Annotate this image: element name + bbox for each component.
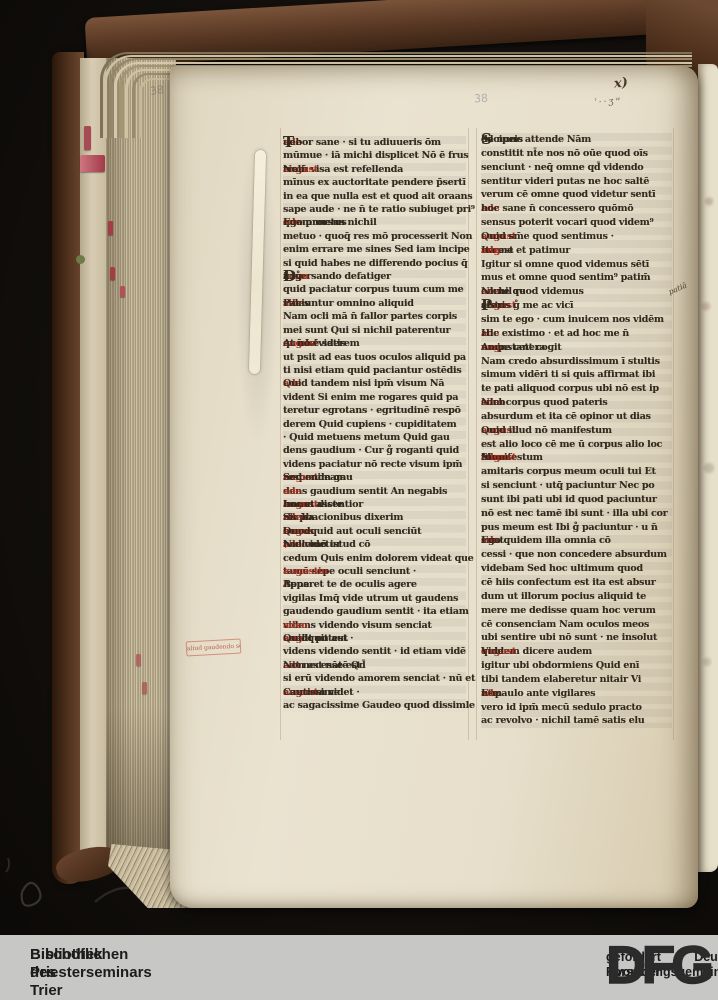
manuscript-text: absurdum et ita cē opinor ut dias: [481, 410, 651, 424]
manuscript-line: nō est nec tamē ibi sunt · illa ubi cor: [481, 507, 672, 521]
manuscript-text: hoc sane n̄ concessero quōmō: [481, 202, 633, 216]
manuscript-line: nonne et patimur ade Ita est aug: [481, 244, 672, 258]
manuscript-line: sape aude · ne n̄ te ratio subiuget pri⁹: [283, 203, 466, 216]
manuscript-text: ic g̊: [283, 270, 301, 283]
manuscript-line: vides ade Paciuntur omnino aliquid: [283, 297, 466, 310]
manuscript-text: Nich: [481, 396, 505, 410]
manuscript-line: mūmue · iā michi displicet Nō ē frus: [283, 149, 466, 162]
manuscript-text: dum ut illorum pocius aliquid te: [481, 590, 646, 604]
manuscript-text: mīnus ex auctoritate pendere p̄sertī: [283, 176, 466, 189]
bookmark-tab: [84, 126, 91, 150]
manuscript-text: cessi · que non concedere absurdum: [481, 548, 667, 562]
manuscript-text: te pati aliquod corpus ubi nō est ip: [481, 382, 659, 396]
manuscript-line: adversando defatiger augu Dic g̊: [283, 270, 466, 283]
bookmark-tab: [142, 682, 147, 694]
ruling-line: [468, 128, 469, 740]
manuscript-line: mīnus ex auctoritate pendere p̄sertī: [283, 176, 466, 189]
manuscript-text: Quid illud nō manifestum: [481, 424, 612, 438]
manuscript-text: si senciunt · utq̄ paciuntur Nec po: [481, 479, 654, 493]
manuscript-text: quid paciatur corpus tuum cum me: [283, 283, 463, 296]
bookmark-tab: [136, 654, 141, 666]
manuscript-line: sensus poterit vocari quod videm⁹: [481, 216, 672, 230]
manuscript-line: ubi sentire ubi nō sunt · ne insolut: [481, 631, 672, 645]
manuscript-line: quō te viderem august At nō ē satis: [283, 337, 466, 350]
manuscript-text: sim te ego · cum inuicem nos vidēm: [481, 313, 664, 327]
bookmark-tab: [110, 267, 115, 280]
manuscript-text: enim errare me sines Sed iam incipe: [283, 243, 469, 256]
manuscript-line: videns videndo sentit · id etiam vidē: [283, 645, 466, 658]
manuscript-line: tibi tandem elaberetur nitair Vi: [481, 673, 672, 687]
manuscript-line: quid paciatur corpus tuum cum me: [283, 283, 466, 296]
manuscript-line: Immo assentior august hoc et dicte: [283, 498, 466, 511]
manuscript-line: verum cē omne quod videtur sentī: [481, 188, 672, 202]
manuscript-line: Igitur si omne quod videmus sētī: [481, 258, 672, 272]
manuscript-text: · Quid metuens metum Quid gau: [283, 431, 450, 444]
manuscript-text: vero id ipm̄ mecū sedulo practo: [481, 701, 642, 715]
manuscript-text: cedum Quis enim dolorem videat que: [283, 552, 473, 565]
manuscript-text: sunt ibi pati ubi id quod paciuntur: [481, 493, 657, 507]
manuscript-line: sim te ego · cum inuicem nos vidēm: [481, 313, 672, 327]
manuscript-line: ut paulo ante vigilares ade E-m: [481, 687, 672, 701]
manuscript-line: quidem dicere audem august Vide: [481, 645, 672, 659]
bookmark-tab: [108, 221, 113, 235]
manuscript-line: † hoc videtur adeo Nullomō istud cō: [283, 538, 466, 551]
manuscript-line: tra n̄ visa est refellenda august Noli: [283, 163, 466, 176]
manuscript-text: Nullomō istud cō: [283, 538, 370, 551]
manuscript-line: amitaris corpus meum oculi tui Et: [481, 465, 672, 479]
manuscript-line: si senciunt · utq̄ paciuntur Nec po: [481, 479, 672, 493]
manuscript-text: Quid sm̄e quod sentimus ·: [481, 230, 614, 244]
manuscript-text: sentitur videri putas ne hoc saltē: [481, 175, 649, 189]
manuscript-line: ade hoc sane n̄ concessero quōmō: [481, 202, 672, 216]
manuscript-text: constitit nt̄e nos nō oūe quod oīs: [481, 147, 648, 161]
facing-page-edge: [698, 64, 718, 872]
manuscript-line: metuo · quoq̄ res mō processerit Non: [283, 230, 466, 243]
manuscript-text: At nō ē satis: [283, 337, 345, 350]
manuscript-text: Quidquit aut: [283, 632, 348, 645]
manuscript-text: gaudendo gaudium sentit · ita etiam: [283, 605, 469, 618]
manuscript-line: videns videndo visum senciat adeo: [283, 619, 466, 632]
manuscript-text: mere me dedisse quam hoc verum: [481, 604, 656, 618]
manuscript-line: vigilas Imq̄ vide utrum ut gaudens: [283, 592, 466, 605]
marginal-note-red-box: aliud gaudendo se: [186, 639, 242, 657]
bookmark-tab: [80, 155, 105, 172]
manuscript-line: cessi · que non concedere absurdum: [481, 548, 672, 562]
manuscript-line: Nam ocli mā n̄ fallor partes corpis: [283, 310, 466, 323]
manuscript-text: teretur egrotans · egritudinē respō: [283, 404, 461, 417]
manuscript-text: ac sagacissime Gaudeo quod dissimle: [283, 699, 475, 712]
ruling-line: [476, 128, 477, 740]
manuscript-line: ade Hic existimo · et ad hoc me n̄: [481, 327, 672, 341]
manuscript-line: tamē sepe oculi senciunt · augustin: [283, 565, 466, 578]
manuscript-text: Bene: [283, 578, 309, 591]
manuscript-line: est alio loco cē me ū corpus alio loc: [481, 438, 672, 452]
manuscript-line: quam metus ade Ego prorsus nichil: [283, 216, 466, 229]
rubric-text: aug: [481, 244, 500, 258]
ruling-line: [280, 128, 281, 740]
manuscript-line: beo augus Quodquid aut oculi senciūt: [283, 525, 466, 538]
footer-bar: Bibliothek des Bischöflichen Priestersem…: [0, 935, 718, 1000]
manuscript-text: dens gaudium sentit An negabis: [283, 485, 447, 498]
rubric-text: augustin: [283, 565, 328, 578]
manuscript-line: dens gaudium · Cur g̊ roganti quid: [283, 444, 466, 457]
manuscript-line: ac sagacissime Gaudeo quod dissimle: [283, 699, 466, 712]
manuscript-text: simum vidēri ti si quis affirmat ibi: [481, 368, 655, 382]
text-column-right: decipeis Sed nunc attende Nāmconstitit n…: [481, 133, 672, 728]
manuscript-text: Ampe cetera: [481, 341, 545, 355]
manuscript-text: mūmue · iā michi displicet Nō ē frus: [283, 149, 468, 162]
manuscript-text: cē hiis confectum est ita est absur: [481, 576, 656, 590]
manuscript-line: · Quid metuens metum Quid gau: [283, 431, 466, 444]
manuscript-line: mei sunt Qui si nichil paterentur: [283, 324, 466, 337]
manuscript-line: ac revolvo · nichil tamē satis elu: [481, 714, 672, 728]
manuscript-text: nō est nec tamē ibi sunt · illa ubi cor: [481, 507, 667, 521]
manuscript-line: Nam credo absurdissimum ī stultis: [481, 355, 672, 369]
manuscript-text: ti nisi etiam quid paciantur ostēdis: [283, 364, 461, 377]
manuscript-line: tuum ade Manifestum august Si: [481, 451, 672, 465]
folio-number-pencil: 38: [149, 83, 165, 98]
rubric-text: adeo: [283, 619, 307, 632]
manuscript-text: Vide: [481, 645, 504, 659]
manuscript-text: ed nunc attende Nām: [481, 133, 591, 147]
ruling-line: [673, 128, 674, 740]
manuscript-text: ut psit ad eas tuos oculos aliquid pa: [283, 351, 466, 364]
manuscript-line: dens gaudium sentit An negabis ade: [283, 485, 466, 498]
manuscript-text: Nam ocli mā n̄ fallor partes corpis: [283, 310, 457, 323]
manuscript-line: simum vidēri ti si quis affirmat ibi: [481, 368, 672, 382]
manuscript-text: senciunt · neq̄ omne qd̄ videndo: [481, 161, 643, 175]
manuscript-line: ut psit ad eas tuos oculos aliquid pa: [283, 351, 466, 364]
manuscript-text: Non est nātē Qd̄: [283, 659, 365, 672]
manuscript-text: E-m: [481, 687, 502, 701]
manuscript-text: hoc et dicte: [283, 498, 343, 511]
manuscript-line: mus et omne quod sentim⁹ patim̄: [481, 271, 672, 285]
manuscript-text: tibi tandem elaberetur nitair Vi: [481, 673, 641, 687]
manuscript-text: Sic ha: [283, 511, 314, 524]
manuscript-line: analit potest · aug Quidquit aut: [283, 632, 466, 645]
manuscript-text: metuo · quoq̄ res mō processerit Non: [283, 230, 472, 243]
manuscript-text: videbam Sed hoc ultimum quod: [481, 562, 643, 576]
manuscript-line: Apparet te de oculis agere ∴ Bene: [283, 578, 466, 591]
manuscript-text: sensus poterit vocari quod videm⁹: [481, 216, 653, 230]
manuscript-text: in ea que nulla est et quod ait oraans: [283, 190, 472, 203]
manuscript-line: sum corpus quod pateris adeo Nich: [481, 396, 672, 410]
manuscript-line: teretur egrotans · egritudinē respō: [283, 404, 466, 417]
manuscript-text: Ego quidem illa omnia cō: [481, 534, 611, 548]
manuscript-line: enim errare me sines Sed iam incipe: [283, 243, 466, 256]
rubric-text: ade: [283, 485, 301, 498]
manuscript-line: ade Tuebor sane · si tu adiuueris ōm: [283, 136, 466, 149]
manuscript-line: decipeis Sed nunc attende Nām: [481, 133, 672, 147]
manuscript-line: sentitur videri putas ne hoc saltē: [481, 175, 672, 189]
manuscript-text: videns videndo sentit · id etiam vidē: [283, 645, 466, 658]
manuscript-text: Igitur si omne quod videmus sētī: [481, 258, 649, 272]
manuscript-text: Cautissime: [283, 686, 340, 699]
corner-ink-mark: x): [613, 75, 628, 91]
manuscript-text: pus meum est Ibi g̊ paciuntur · u n̄: [481, 521, 658, 535]
manuscript-text: Quid tandem nisi ipm̄ visum Nā: [283, 377, 444, 390]
manuscript-text: mei sunt Qui si nichil paterentur: [283, 324, 450, 337]
manuscript-text: Quodquid aut oculi senciūt: [283, 525, 421, 538]
manuscript-line: respondeam · august Sed enim gau: [283, 471, 466, 484]
manuscript-line: dum ut illorum pocius aliquid te: [481, 590, 672, 604]
manuscript-text: dens gaudium · Cur g̊ roganti quid: [283, 444, 459, 457]
manuscript-text: Noli: [283, 163, 304, 176]
manuscript-text: Hic existimo · et ad hoc me n̄: [481, 327, 629, 341]
manuscript-line: videbam Sed hoc ultimum quod: [481, 562, 672, 576]
manuscript-line: vero id ipm̄ mecū sedulo practo: [481, 701, 672, 715]
manuscript-text: sape aude · ne n̄ te ratio subiuget pri⁹: [283, 203, 475, 216]
manuscript-line: sunt ibi pati ubi id quod paciuntur: [481, 493, 672, 507]
manuscript-text: si erū videndo amorem senciat · nū et: [283, 672, 475, 685]
manuscript-text: ubi sentire ubi nō sunt · ne insolut: [481, 631, 657, 645]
manuscript-text: videns paciatur nō recte visum ipm̄: [283, 458, 462, 471]
manuscript-text: derem Quid cupiens · cupiditatem: [283, 418, 456, 431]
manuscript-line: omne quod videmus ade Nichil re: [481, 285, 672, 299]
manuscript-line: cē hiis confectum est ita est absur: [481, 576, 672, 590]
manuscript-line: te pati aliquod corpus ubi nō est ip: [481, 382, 672, 396]
manuscript-line: cē consenciam Nam oculos meos: [481, 618, 672, 632]
manuscript-line: in ea que nulla est et quod ait oraans: [283, 190, 466, 203]
manuscript-line: ade Quid tandem nisi ipm̄ visum Nā: [283, 377, 466, 390]
manuscript-text: Nam credo absurdissimum ī stultis: [481, 355, 660, 369]
folio-number-showthrough: 38: [474, 92, 489, 106]
manuscript-text: igitur ubi obdormiens Quid enī: [481, 659, 639, 673]
manuscript-line: aut necesse est ade Non est nātē Qd̄: [283, 659, 466, 672]
manuscript-line: august Quid illud nō manifestum: [481, 424, 672, 438]
manuscript-text: si quid habes ne differendo pocius q̄: [283, 257, 467, 270]
manuscript-line: senciunt · neq̄ omne qd̄ videndo: [481, 161, 672, 175]
manuscript-line: mere me dedisse quam hoc verum: [481, 604, 672, 618]
manuscript-line: vident Si enim me rogares quid pa: [283, 391, 466, 404]
manuscript-text: mus et omne quod sentim⁹ patim̄: [481, 271, 650, 285]
manuscript-line: cedum Quis enim dolorem videat que: [283, 552, 466, 565]
manuscript-line: pus meum est Ibi g̊ paciuntur · u n̄: [481, 521, 672, 535]
manuscript-text: cē consenciam Nam oculos meos: [481, 618, 649, 632]
manuscript-page: ade Tuebor sane · si tu adiuueris ōmmūmu…: [170, 66, 698, 908]
manuscript-text: vigilas Imq̄ vide utrum ut gaudens: [283, 592, 458, 605]
manuscript-text: est alio loco cē me ū corpus alio loc: [481, 438, 662, 452]
manuscript-text: Paciuntur omnino aliquid: [283, 297, 414, 310]
bookmark-tab: [120, 286, 125, 297]
manuscript-line: si quid habes ne differendo pocius q̄: [283, 257, 466, 270]
manuscript-scan-photo: ade Tuebor sane · si tu adiuueris ōmmūmu…: [0, 0, 718, 1000]
manuscript-text: amitaris corpus meum oculi tui Et: [481, 465, 656, 479]
manuscript-line: constitit nt̄e nos nō oūe quod oīs: [481, 147, 672, 161]
manuscript-line: si erū videndo amorem senciat · nū et: [283, 672, 466, 685]
text-column-left: ade Tuebor sane · si tu adiuueris ōmmūmu…: [283, 136, 466, 712]
manuscript-text: ateris g̊ me ac vicī: [481, 299, 573, 313]
manuscript-line: videns paciatur nō recte visum ipm̄: [283, 458, 466, 471]
manuscript-text: Si: [481, 451, 491, 465]
manuscript-line: sisto august Pateris g̊ me ac vicī: [481, 299, 672, 313]
manuscript-text: uebor sane · si tu adiuueris ōm: [283, 136, 441, 149]
page-stack-fore-edge: [106, 58, 176, 850]
manuscript-line: sunt ade Ego quidem illa omnia cō: [481, 534, 672, 548]
manuscript-line: gaudendo gaudium sentit · ita etiam: [283, 605, 466, 618]
manuscript-line: derem Quid cupiens · cupiditatem: [283, 418, 466, 431]
manuscript-text: verum cē omne quod videtur sentī: [481, 188, 655, 202]
manuscript-text: Sed enim gau: [283, 471, 353, 484]
manuscript-line: ti nisi etiam quid paciantur ostēdis: [283, 364, 466, 377]
manuscript-line: ris p̄bacionibus dixerim adeo Sic ha: [283, 511, 466, 524]
manuscript-line: no instant cogit aug Ampe cetera: [481, 341, 672, 355]
library-name-line2: Bischöflichen Priesterseminars Trier: [30, 946, 152, 1000]
manuscript-line: absurdum et ita cē opinor ut dias: [481, 410, 672, 424]
manuscript-text: vident Si enim me rogares quid pa: [283, 391, 458, 404]
dfg-logo: DFG: [606, 935, 710, 996]
green-marker-dot: [76, 255, 85, 264]
manuscript-line: amorem videt · august Cautissime: [283, 686, 466, 699]
manuscript-line: igitur ubi obdormiens Quid enī: [481, 659, 672, 673]
manuscript-line: august Quid sm̄e quod sentimus ·: [481, 230, 672, 244]
manuscript-text: Ego prorsus nichil: [283, 216, 376, 229]
manuscript-text: ac revolvo · nichil tamē satis elu: [481, 714, 644, 728]
